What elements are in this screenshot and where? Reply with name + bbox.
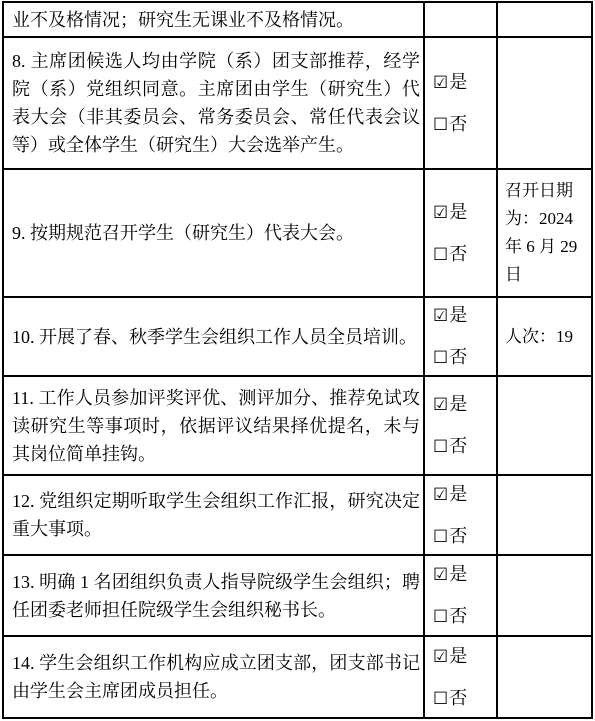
no-checkbox[interactable]: ☐否 — [433, 432, 494, 461]
no-label: 否 — [449, 606, 467, 626]
no-checkbox[interactable]: ☐否 — [433, 240, 494, 269]
no-checkbox[interactable]: ☐否 — [433, 684, 494, 713]
yes-checkbox[interactable]: ☑是 — [433, 301, 494, 330]
yes-checkbox[interactable]: ☑是 — [433, 68, 494, 97]
table-row: 14. 学生会组织工作机构应成立团支部，团支部书记由学生会主席团成员担任。 ☑是… — [3, 636, 592, 718]
checked-checkbox-icon: ☑ — [433, 565, 449, 585]
table-row: 9. 按期规范召开学生（研究生）代表大会。 ☑是 ☐否 召开日期为：2024 年… — [3, 169, 592, 297]
unchecked-checkbox-icon: ☐ — [433, 348, 449, 368]
yes-label: 是 — [449, 305, 467, 325]
checked-checkbox-icon: ☑ — [433, 395, 449, 415]
note-cell — [497, 376, 592, 475]
checkbox-cell: ☑是 ☐否 — [424, 37, 497, 169]
no-label: 否 — [449, 114, 467, 134]
checkbox-cell: ☑是 ☐否 — [424, 169, 497, 297]
yes-label: 是 — [449, 72, 467, 92]
no-checkbox[interactable]: ☐否 — [433, 602, 494, 631]
no-label: 否 — [449, 244, 467, 264]
note-cell — [497, 636, 592, 718]
no-label: 否 — [449, 688, 467, 708]
yes-checkbox[interactable]: ☑是 — [433, 390, 494, 419]
checked-checkbox-icon: ☑ — [433, 73, 449, 93]
item-text-cell: 业不及格情况；研究生无课业不及格情况。 — [3, 2, 424, 37]
table-row: 8. 主席团候选人均由学院（系）团支部推荐，经学院（系）党组织同意。主席团由学生… — [3, 37, 592, 169]
item-text-cell: 12. 党组织定期听取学生会组织工作汇报，研究决定重大事项。 — [3, 475, 424, 555]
checkbox-cell: ☑是 ☐否 — [424, 475, 497, 555]
yes-checkbox[interactable]: ☑是 — [433, 560, 494, 589]
checkbox-cell: ☑是 ☐否 — [424, 555, 497, 636]
checked-checkbox-icon: ☑ — [433, 485, 449, 505]
checked-checkbox-icon: ☑ — [433, 306, 449, 326]
table-row: 11. 工作人员参加评奖评优、测评加分、推荐免试攻读研究生等事项时，依据评议结果… — [3, 376, 592, 475]
document-page: 业不及格情况；研究生无课业不及格情况。 8. 主席团候选人均由学院（系）团支部推… — [0, 0, 595, 721]
yes-label: 是 — [449, 484, 467, 504]
checked-checkbox-icon: ☑ — [433, 203, 449, 223]
unchecked-checkbox-icon: ☐ — [433, 115, 449, 135]
item-text-cell: 13. 明确 1 名团组织负责人指导院级学生会组织；聘任团委老师担任院级学生会组… — [3, 555, 424, 636]
yes-checkbox[interactable]: ☑是 — [433, 480, 494, 509]
yes-label: 是 — [449, 394, 467, 414]
note-cell — [497, 555, 592, 636]
note-cell: 人次：19 — [497, 297, 592, 376]
checklist-table: 业不及格情况；研究生无课业不及格情况。 8. 主席团候选人均由学院（系）团支部推… — [2, 1, 593, 719]
table-row: 10. 开展了春、秋季学生会组织工作人员全员培训。 ☑是 ☐否 人次：19 — [3, 297, 592, 376]
note-cell: 召开日期为：2024 年 6 月 29 日 — [497, 169, 592, 297]
checkbox-cell: ☑是 ☐否 — [424, 297, 497, 376]
yes-checkbox[interactable]: ☑是 — [433, 198, 494, 227]
checked-checkbox-icon: ☑ — [433, 647, 449, 667]
no-checkbox[interactable]: ☐否 — [433, 522, 494, 551]
checkbox-cell — [424, 2, 497, 37]
yes-label: 是 — [449, 564, 467, 584]
item-text-cell: 14. 学生会组织工作机构应成立团支部，团支部书记由学生会主席团成员担任。 — [3, 636, 424, 718]
unchecked-checkbox-icon: ☐ — [433, 689, 449, 709]
note-cell — [497, 475, 592, 555]
unchecked-checkbox-icon: ☐ — [433, 527, 449, 547]
yes-label: 是 — [449, 202, 467, 222]
unchecked-checkbox-icon: ☐ — [433, 245, 449, 265]
no-label: 否 — [449, 436, 467, 456]
no-checkbox[interactable]: ☐否 — [433, 343, 494, 372]
table-row: 12. 党组织定期听取学生会组织工作汇报，研究决定重大事项。 ☑是 ☐否 — [3, 475, 592, 555]
item-text-cell: 11. 工作人员参加评奖评优、测评加分、推荐免试攻读研究生等事项时，依据评议结果… — [3, 376, 424, 475]
table-row: 业不及格情况；研究生无课业不及格情况。 — [3, 2, 592, 37]
item-text-cell: 10. 开展了春、秋季学生会组织工作人员全员培训。 — [3, 297, 424, 376]
no-label: 否 — [449, 526, 467, 546]
no-label: 否 — [449, 347, 467, 367]
unchecked-checkbox-icon: ☐ — [433, 607, 449, 627]
item-text-cell: 9. 按期规范召开学生（研究生）代表大会。 — [3, 169, 424, 297]
checkbox-cell: ☑是 ☐否 — [424, 636, 497, 718]
unchecked-checkbox-icon: ☐ — [433, 437, 449, 457]
note-cell — [497, 37, 592, 169]
no-checkbox[interactable]: ☐否 — [433, 110, 494, 139]
table-row: 13. 明确 1 名团组织负责人指导院级学生会组织；聘任团委老师担任院级学生会组… — [3, 555, 592, 636]
yes-checkbox[interactable]: ☑是 — [433, 642, 494, 671]
checkbox-cell: ☑是 ☐否 — [424, 376, 497, 475]
note-cell — [497, 2, 592, 37]
item-text-cell: 8. 主席团候选人均由学院（系）团支部推荐，经学院（系）党组织同意。主席团由学生… — [3, 37, 424, 169]
yes-label: 是 — [449, 646, 467, 666]
